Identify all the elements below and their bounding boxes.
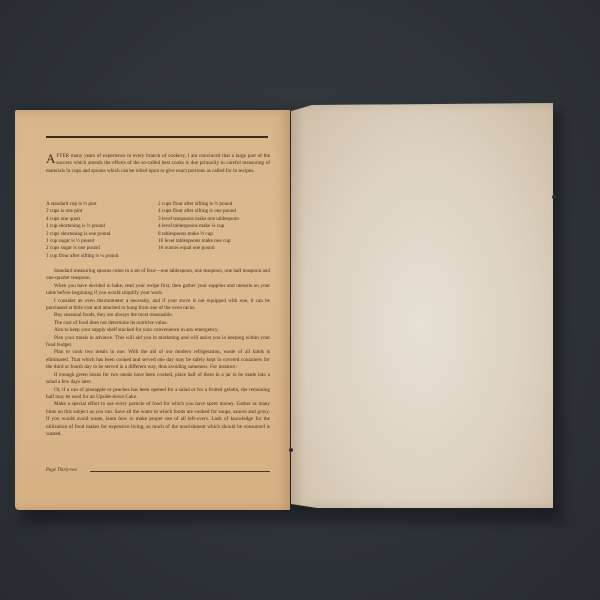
measure-item: 16 level tablespoons make one cup — [158, 238, 270, 245]
measure-item: 2 cups sugar is one pound — [46, 245, 158, 252]
drop-cap: A — [46, 153, 55, 164]
paragraph: Or, if a can of pineapple or peaches has… — [46, 387, 270, 402]
bottom-rule — [90, 471, 270, 472]
paragraph: I consider an oven thermometer a necessi… — [46, 298, 270, 313]
paragraph: If enough green beans for two meals have… — [46, 372, 270, 387]
paragraph: Plan to cook two meals in one. With the … — [46, 349, 270, 371]
paragraph: Aim to keep your supply shelf stocked fo… — [46, 327, 270, 334]
measure-item: 3 level teaspoons make one tablespoon — [158, 216, 270, 223]
page-notch — [552, 195, 556, 199]
paragraph: Plan your meals in advance. This will ai… — [46, 335, 270, 350]
paragraph: Buy seasonal foods, they are always the … — [46, 312, 270, 319]
measure-item: 4 cups flour after sifting is one pound — [158, 208, 270, 215]
measure-item: 8 tablespoons make ½ cup — [158, 231, 270, 238]
page-number: Page Thirty-two — [46, 467, 77, 474]
paragraph: Standard measuring spoons come in a set … — [46, 268, 270, 283]
body-text: Standard measuring spoons come in a set … — [46, 268, 270, 438]
staple-hole — [289, 448, 293, 452]
top-rule — [46, 136, 268, 138]
measure-item: 2 cups shortening is one pound — [46, 231, 158, 238]
measure-item: 1 cup flour after sifting is ¼ pound — [46, 253, 158, 260]
measure-item: 4 level tablespoons make ¼ cup — [158, 223, 270, 230]
measure-item: 16 ounces equal one pound — [158, 245, 270, 252]
measures-col-right: 2 cups flour after sifting is ½ pound 4 … — [158, 201, 270, 260]
measure-item: 2 cups is one pint — [46, 208, 158, 215]
measures-col-left: A standard cup is ½ pint 2 cups is one p… — [46, 201, 158, 260]
paragraph: Make a special effort to use every parti… — [46, 401, 270, 438]
paragraph: When you have decided to bake, read your… — [46, 283, 270, 298]
intro-paragraph: AFTER many years of experience in every … — [46, 153, 270, 175]
measure-item: 1 cup sugar is ½ pound — [46, 238, 158, 245]
measure-item: A standard cup is ½ pint — [46, 201, 158, 208]
right-page-blank — [291, 103, 553, 508]
measure-item: 1 cup shortening is ½ pound — [46, 223, 158, 230]
measures-table: A standard cup is ½ pint 2 cups is one p… — [46, 201, 270, 260]
